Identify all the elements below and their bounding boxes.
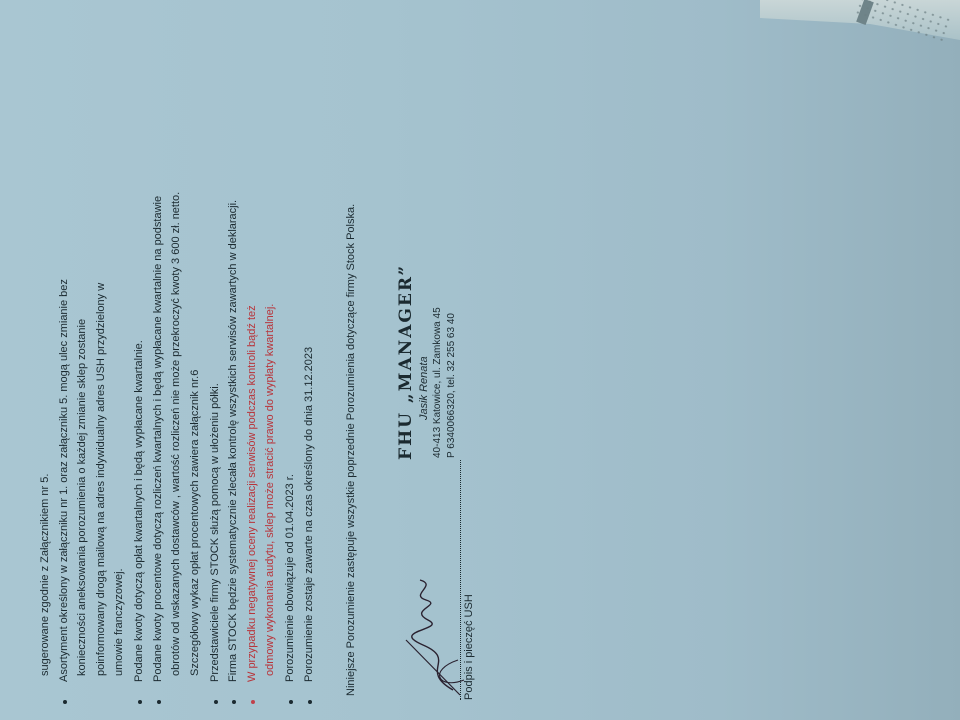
stamp-nip-phone: P 6340066320, tel. 32 255 63 40 (446, 313, 457, 458)
document-page: sugerowane zgodnie z Załącznikiem nr 5.A… (0, 0, 960, 720)
bullet-point (232, 700, 236, 704)
document-line: sugerowane zgodnie z Załącznikiem nr 5. (38, 474, 52, 676)
document-line: Porozumienie zostaje zawarte na czas okr… (302, 347, 316, 682)
document-line: Szczegółowy wykaz opłat procentowych zaw… (188, 370, 202, 676)
handwritten-signature (398, 560, 468, 700)
bullet-point (63, 700, 67, 704)
document-line: umowie franczyzowej. (112, 568, 126, 676)
document-line: poinformowany drogą mailową na adres ind… (94, 283, 108, 676)
document-line: obrotów od wskazanych dostawców , wartoś… (169, 192, 183, 676)
bullet-point (138, 700, 142, 704)
document-line: W przypadku negatywnej oceny realizacji … (245, 305, 259, 682)
closing-statement: Niniejsze Porozumienie zastępuje wszystk… (345, 204, 357, 696)
document-line: Podane kwoty dotyczą opłat kwartalnych i… (132, 340, 146, 682)
stamp-company-name: FHU „MANAGER” (396, 264, 416, 460)
document-line: odmowy wykonania audytu, sklep może stra… (263, 304, 277, 676)
bullet-point (251, 700, 255, 704)
document-line: Przedstawiciele firmy STOCK służą pomocą… (208, 383, 222, 682)
stamp-address: 40-413 Katowice, ul. Zamkowa 45 (432, 307, 443, 458)
document-line: Podane kwoty procentowe dotyczą rozlicze… (151, 196, 165, 682)
document-line: konieczności aneksowania porozumienia o … (75, 319, 89, 676)
signature-line (460, 460, 461, 700)
bullet-point (214, 700, 218, 704)
bullet-point (157, 700, 161, 704)
document-line: Porozumienie obowiązuje od 01.04.2023 r. (283, 474, 297, 682)
bullet-point (308, 700, 312, 704)
stamp-owner-name: Jasik Renata (418, 356, 430, 420)
document-line: Asortyment określony w załączniku nr 1. … (57, 279, 71, 682)
document-line: Firma STOCK będzie systematycznie zlecał… (226, 200, 240, 682)
bullet-point (289, 700, 293, 704)
signature-label: Podpis i pieczęć USH (463, 594, 475, 700)
